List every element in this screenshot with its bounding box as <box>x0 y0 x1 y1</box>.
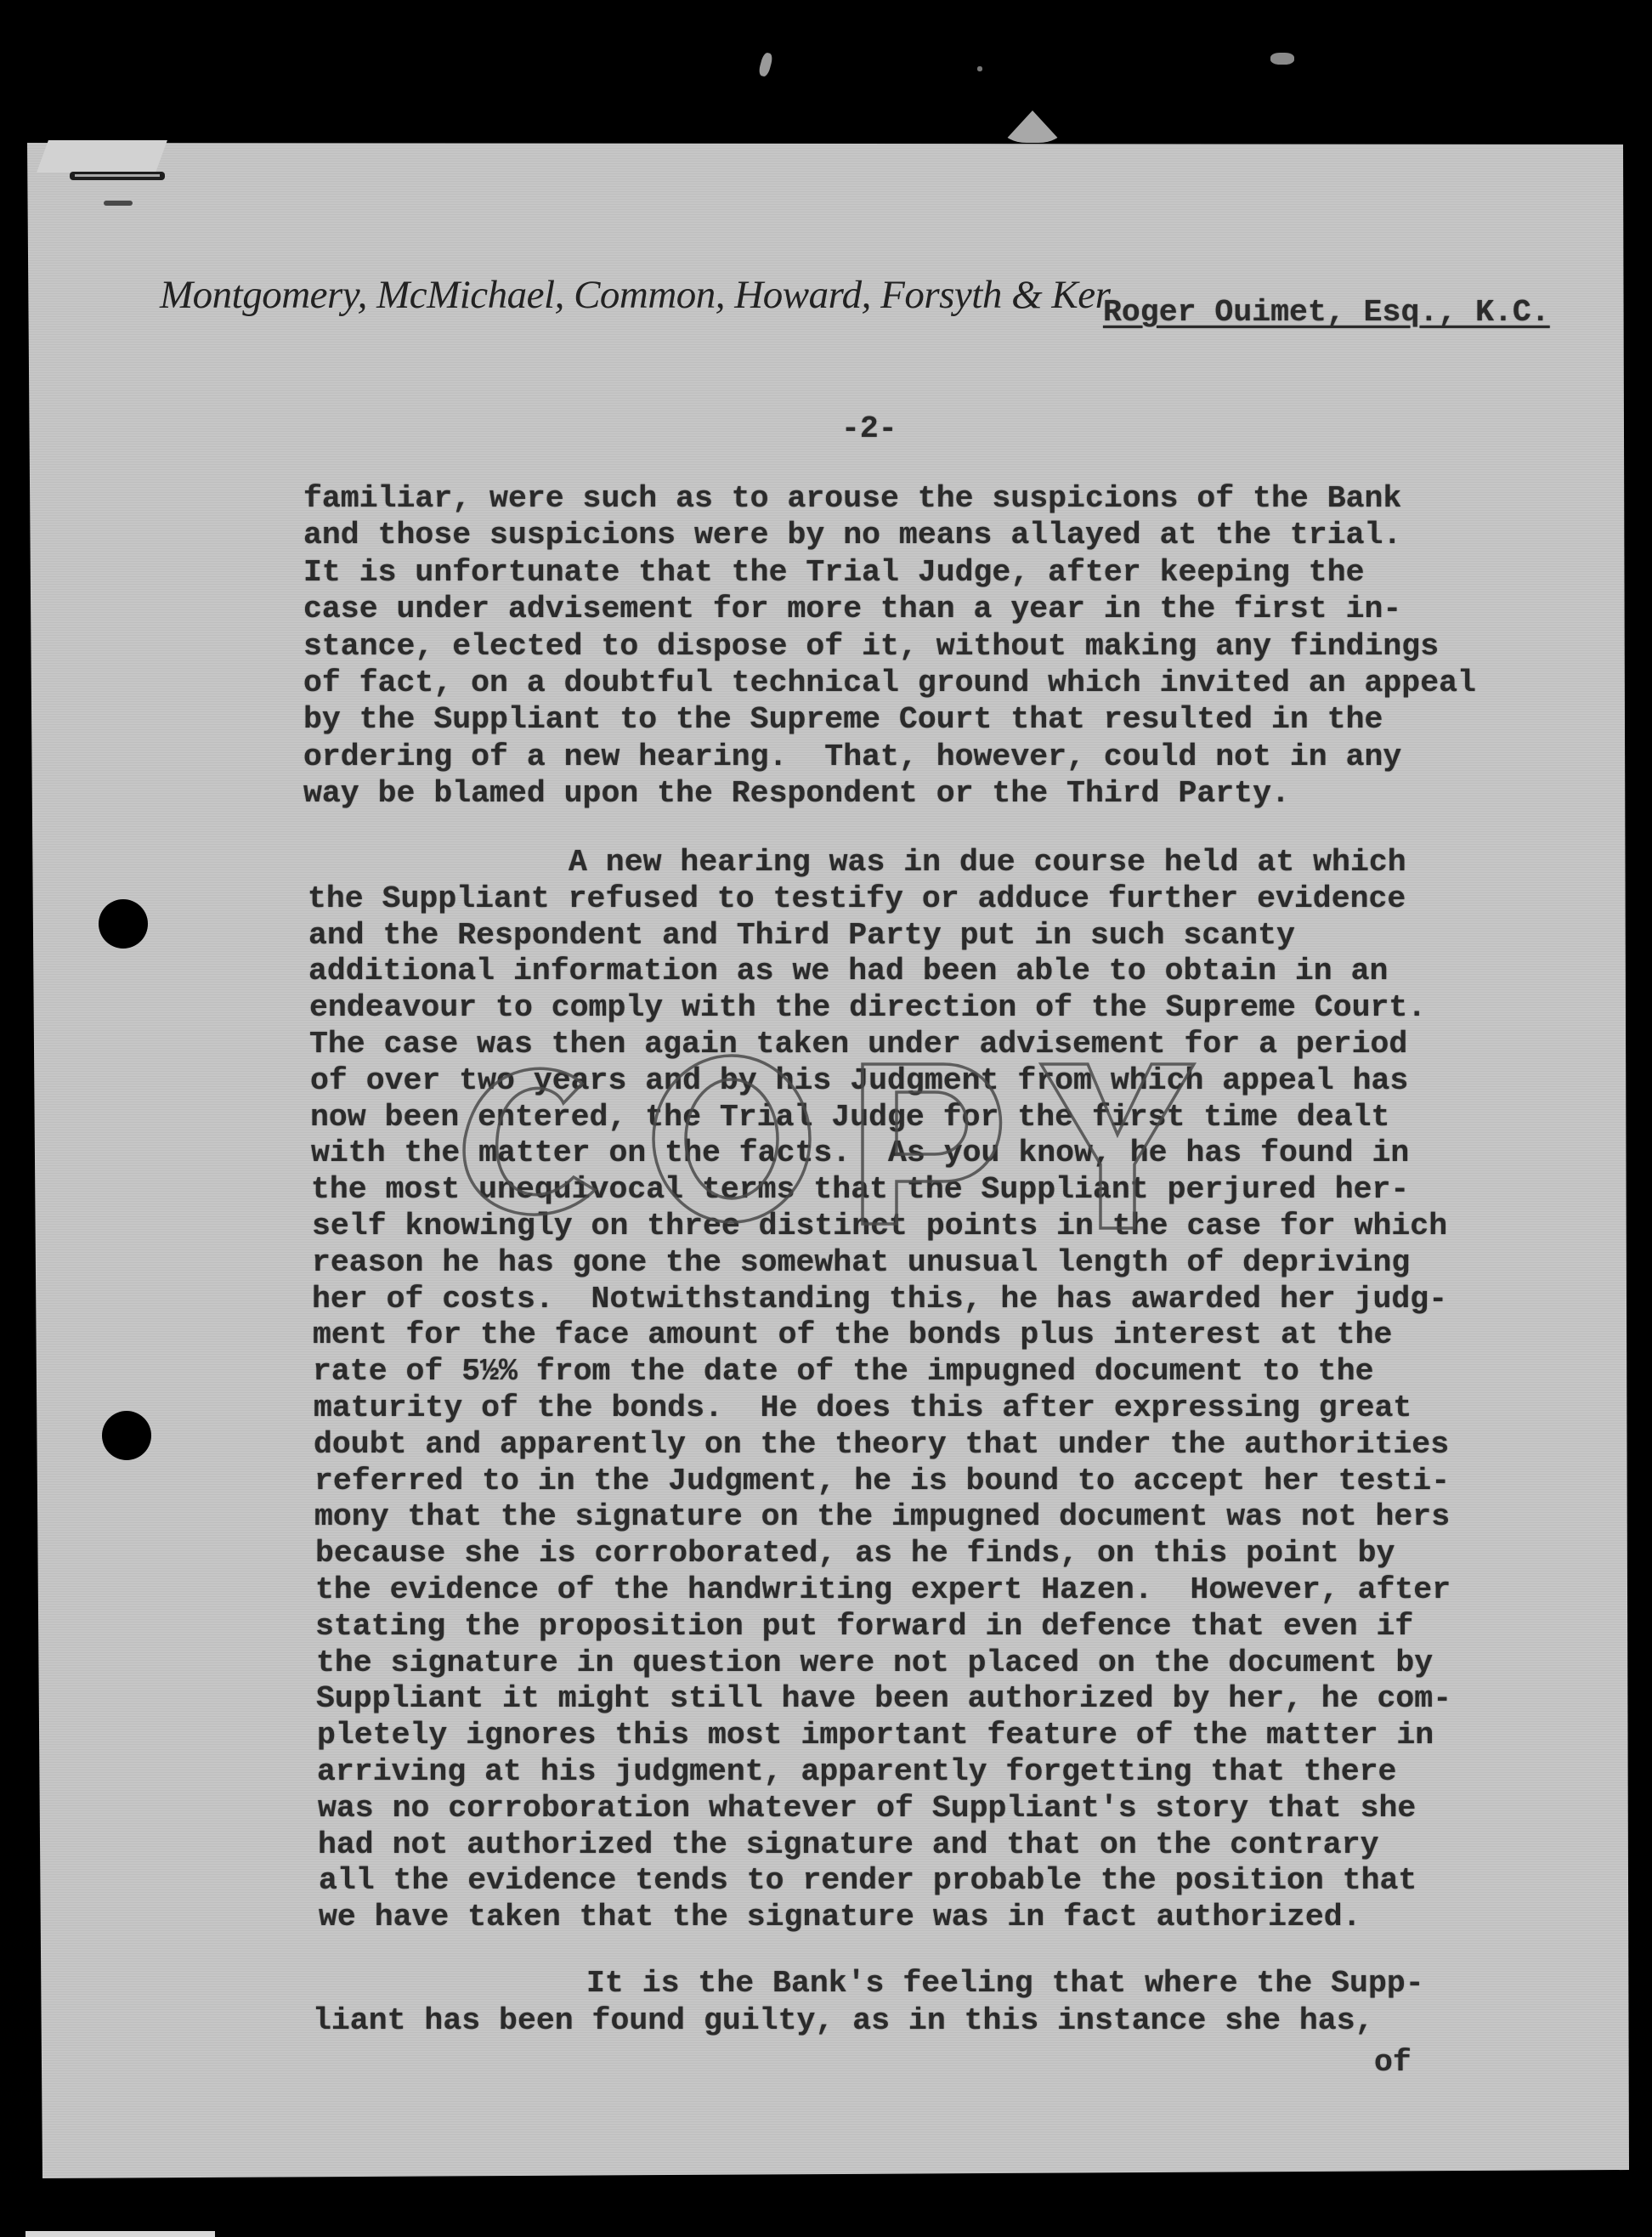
paper-clip <box>70 172 165 180</box>
text-line: the most unequivocal terms that the Supp… <box>311 1173 1409 1207</box>
letterhead-firm-name: Montgomery, McMichael, Common, Howard, F… <box>160 272 1110 318</box>
text-line: ment for the face amount of the bonds pl… <box>313 1318 1392 1352</box>
page-number: -2- <box>841 412 897 446</box>
text-line: reason he has gone the somewhat unusual … <box>312 1246 1410 1280</box>
text-line: A new hearing was in due course held at … <box>569 846 1406 880</box>
text-line: liant has been found guilty, as in this … <box>313 2004 1374 2038</box>
text-line: mony that the signature on the impugned … <box>314 1500 1450 1534</box>
text-line: and the Respondent and Third Party put i… <box>308 919 1295 953</box>
punch-hole-top <box>99 899 148 949</box>
text-line: of fact, on a doubtful technical ground … <box>303 666 1476 700</box>
text-line: with the matter on the facts. As you kno… <box>311 1136 1409 1170</box>
text-line: all the evidence tends to render probabl… <box>319 1864 1417 1898</box>
text-line: maturity of the bonds. He does this afte… <box>314 1391 1412 1425</box>
punch-hole-bottom <box>102 1411 151 1460</box>
scan-speck <box>1003 110 1062 143</box>
ink-smudge <box>104 201 133 206</box>
text-line: the evidence of the handwriting expert H… <box>315 1573 1451 1607</box>
text-line: the Suppliant refused to testify or addu… <box>308 882 1406 916</box>
scan-speck <box>1270 53 1294 65</box>
text-line: by the Suppliant to the Supreme Court th… <box>303 703 1383 737</box>
text-line: endeavour to comply with the direction o… <box>309 991 1426 1025</box>
text-line: doubt and apparently on the theory that … <box>314 1428 1449 1462</box>
text-line: the signature in question were not place… <box>316 1646 1433 1680</box>
text-line: ordering of a new hearing. That, however… <box>303 740 1401 774</box>
text-line: had not authorized the signature and tha… <box>318 1828 1379 1862</box>
scan-edge-strip <box>25 2231 215 2237</box>
text-line: stating the proposition put forward in d… <box>315 1610 1413 1644</box>
text-line: of over two years and by his Judgment fr… <box>310 1064 1408 1098</box>
text-line: It is unfortunate that the Trial Judge, … <box>303 556 1365 590</box>
text-line: because she is corroborated, as he finds… <box>315 1537 1395 1571</box>
text-line: pletely ignores this most important feat… <box>317 1719 1434 1753</box>
text-line: and those suspicions were by no means al… <box>303 518 1401 552</box>
text-line: case under advisement for more than a ye… <box>303 592 1401 626</box>
catchword: of <box>1374 2046 1412 2080</box>
text-line: stance, elected to dispose of it, withou… <box>303 630 1439 664</box>
text-line: way be blamed upon the Respondent or the… <box>303 777 1290 811</box>
recipient-name: Roger Ouimet, Esq., K.C. <box>1103 296 1550 330</box>
text-line: The case was then again taken under advi… <box>309 1028 1407 1062</box>
text-line: arriving at his judgment, apparently for… <box>317 1755 1396 1789</box>
scan-speck <box>977 66 982 71</box>
text-line: now been entered, the Trial Judge for th… <box>310 1101 1389 1135</box>
text-line: was no corroboration whatever of Supplia… <box>318 1792 1416 1826</box>
text-line: we have taken that the signature was in … <box>319 1900 1361 1934</box>
text-line: It is the Bank's feeling that where the … <box>586 1967 1424 2001</box>
paper-tab <box>37 140 167 173</box>
text-line: rate of 5½% from the date of the impugne… <box>313 1355 1374 1389</box>
text-line: her of costs. Notwithstanding this, he h… <box>312 1283 1447 1317</box>
text-line: referred to in the Judgment, he is bound… <box>314 1464 1450 1498</box>
text-line: self knowingly on three distinct points … <box>312 1209 1447 1243</box>
text-line: Suppliant it might still have been autho… <box>316 1682 1451 1716</box>
text-line: familiar, were such as to arouse the sus… <box>303 482 1401 516</box>
scan-speck <box>758 52 774 77</box>
text-line: additional information as we had been ab… <box>308 954 1388 988</box>
